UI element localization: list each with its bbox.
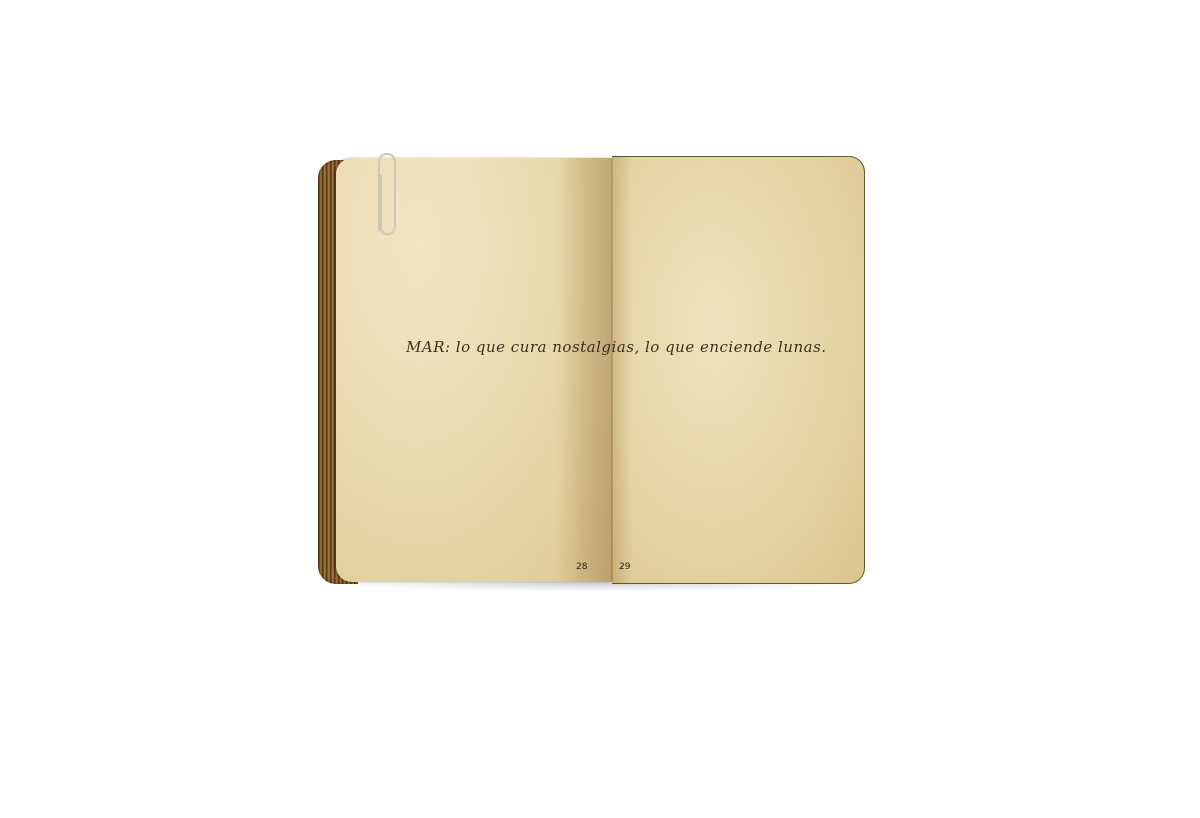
right-page-number: 29 [619,562,630,572]
paperclip-icon [373,150,399,240]
open-notebook: MAR: lo que cura nostalgias, lo que enci… [318,156,866,586]
handwritten-text: MAR: lo que cura nostalgias, lo que enci… [406,338,827,356]
notebook-spine [611,158,613,582]
right-page [612,156,865,584]
left-page-number: 28 [576,562,587,572]
